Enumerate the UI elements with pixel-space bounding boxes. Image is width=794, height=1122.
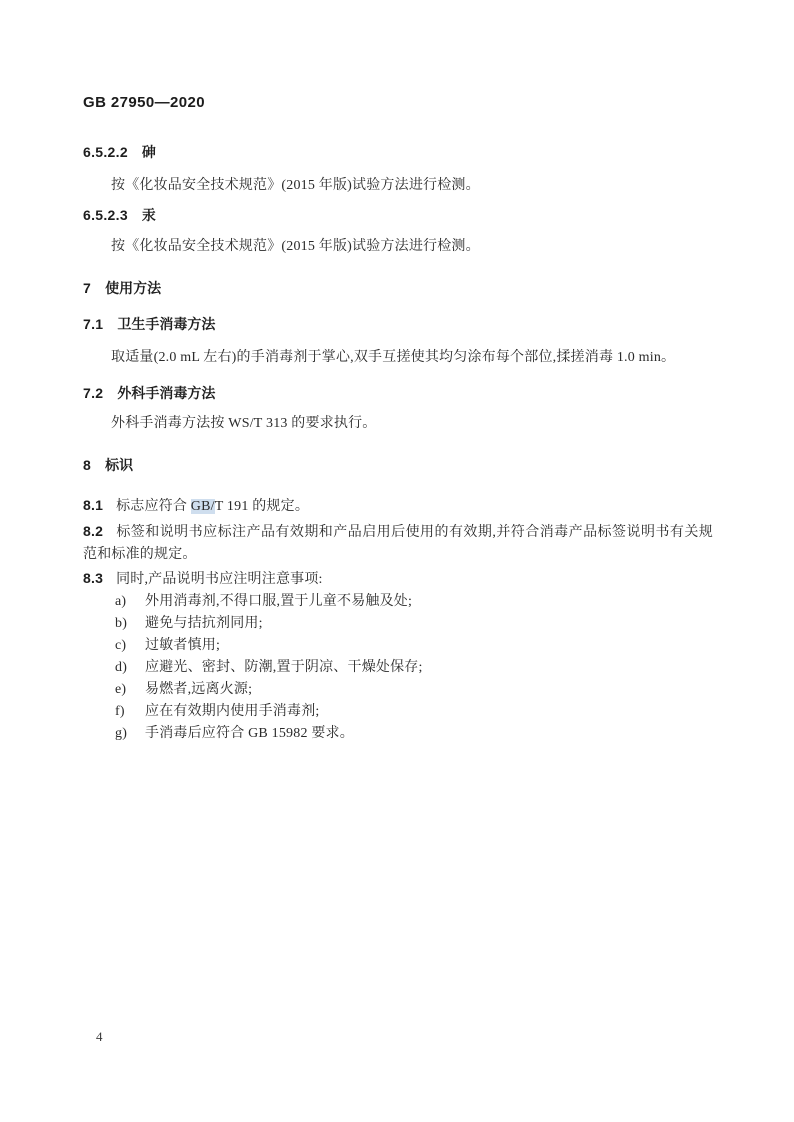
clause-8-1: 8.1标志应符合 GB/T 191 的规定。 xyxy=(83,494,713,518)
note-text: 过敏者慎用; xyxy=(145,638,220,653)
note-item-c: c)过敏者慎用; xyxy=(83,635,713,657)
note-label: c) xyxy=(115,635,145,657)
clause-text: 标志应符合 xyxy=(116,499,191,514)
note-text: 手消毒后应符合 GB 15982 要求。 xyxy=(145,726,354,741)
clause-number: 8.3 xyxy=(83,570,103,586)
note-item-g: g)手消毒后应符合 GB 15982 要求。 xyxy=(83,723,713,745)
heading-7-2: 7.2外科手消毒方法 xyxy=(83,383,713,403)
paragraph-6-5-2-2: 按《化妆品安全技术规范》(2015 年版)试验方法进行检测。 xyxy=(83,175,713,196)
clause-number: 6.5.2.2 xyxy=(83,144,128,160)
clause-text: T 191 的规定。 xyxy=(215,499,309,514)
clause-number: 8 xyxy=(83,457,91,473)
document-content: 6.5.2.2砷 按《化妆品安全技术规范》(2015 年版)试验方法进行检测。 … xyxy=(83,0,713,745)
clause-8-3: 8.3同时,产品说明书应注明注意事项: xyxy=(83,567,713,591)
clause-title: 外科手消毒方法 xyxy=(117,385,215,401)
clause-number: 7 xyxy=(83,280,91,296)
clause-text: 标签和说明书应标注产品有效期和产品启用后使用的有效期,并符合消毒产品标签说明书有… xyxy=(83,525,713,562)
clause-title: 汞 xyxy=(142,207,156,223)
note-text: 应在有效期内使用手消毒剂; xyxy=(145,704,320,719)
note-label: f) xyxy=(115,701,145,723)
note-label: a) xyxy=(115,591,145,613)
note-item-a: a)外用消毒剂,不得口服,置于儿童不易触及处; xyxy=(83,591,713,613)
clause-number: 8.2 xyxy=(83,523,103,539)
note-text: 应避光、密封、防潮,置于阴凉、干燥处保存; xyxy=(145,660,423,675)
note-label: d) xyxy=(115,657,145,679)
clause-title: 卫生手消毒方法 xyxy=(117,316,215,332)
clause-number: 7.1 xyxy=(83,316,103,332)
note-item-e: e)易燃者,远离火源; xyxy=(83,679,713,701)
note-item-d: d)应避光、密封、防潮,置于阴凉、干燥处保存; xyxy=(83,657,713,679)
heading-7-1: 7.1卫生手消毒方法 xyxy=(83,314,713,334)
paragraph-6-5-2-3: 按《化妆品安全技术规范》(2015 年版)试验方法进行检测。 xyxy=(83,236,713,257)
clause-title: 砷 xyxy=(142,144,156,160)
document-page: GB 27950—2020 6.5.2.2砷 按《化妆品安全技术规范》(2015… xyxy=(0,0,794,1122)
note-text: 易燃者,远离火源; xyxy=(145,682,252,697)
note-item-b: b)避免与拮抗剂同用; xyxy=(83,613,713,635)
heading-6-5-2-2: 6.5.2.2砷 xyxy=(83,142,713,162)
note-text: 外用消毒剂,不得口服,置于儿童不易触及处; xyxy=(145,594,412,609)
heading-6-5-2-3: 6.5.2.3汞 xyxy=(83,205,713,225)
heading-8: 8标识 xyxy=(83,455,713,475)
clause-title: 标识 xyxy=(105,457,133,473)
clause-number: 8.1 xyxy=(83,497,103,513)
note-label: b) xyxy=(115,613,145,635)
paragraph-7-2: 外科手消毒方法按 WS/T 313 的要求执行。 xyxy=(83,413,713,434)
clause-text: 同时,产品说明书应注明注意事项: xyxy=(116,572,323,587)
note-text: 避免与拮抗剂同用; xyxy=(145,616,263,631)
paragraph-7-1: 取适量(2.0 mL 左右)的手消毒剂于掌心,双手互搓使其均匀涂布每个部位,揉搓… xyxy=(83,347,713,368)
note-item-f: f)应在有效期内使用手消毒剂; xyxy=(83,701,713,723)
page-number: 4 xyxy=(96,1029,103,1045)
clause-number: 6.5.2.3 xyxy=(83,207,128,223)
clause-title: 使用方法 xyxy=(105,280,161,296)
clause-number: 7.2 xyxy=(83,385,103,401)
heading-7: 7使用方法 xyxy=(83,278,713,298)
scan-highlight: GB/ xyxy=(191,499,215,514)
clause-8-2: 8.2标签和说明书应标注产品有效期和产品启用后使用的有效期,并符合消毒产品标签说… xyxy=(83,520,713,566)
note-label: g) xyxy=(115,723,145,745)
note-label: e) xyxy=(115,679,145,701)
